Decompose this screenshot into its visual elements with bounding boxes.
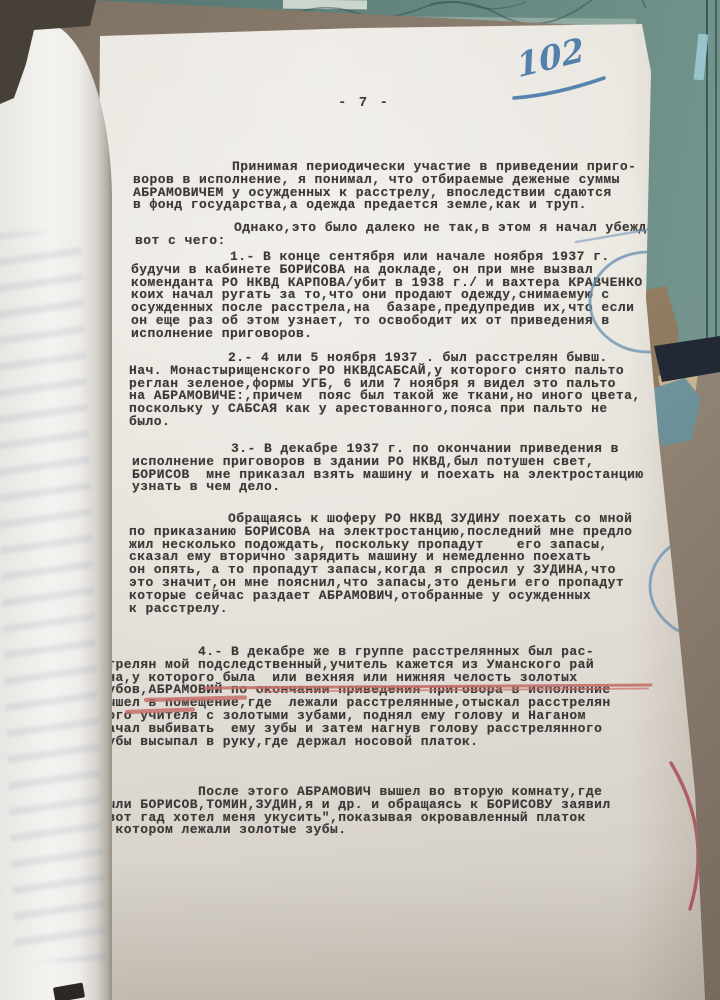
scribble-stroke-2 [430, 2, 526, 9]
handwritten-folio-number: 102 [514, 30, 586, 85]
paragraph-point-2: 2.- 4 или 5 ноября 1937 . был расстрелян… [129, 352, 641, 429]
paragraph-driver: Обращаясь к шоферу РО НКВД ЗУДИНУ поехат… [129, 513, 632, 615]
bleed-through-text [0, 231, 107, 964]
paragraph-intro: Принимая периодически участие в приведен… [133, 161, 636, 212]
paragraph-point-1: 1.- В конце сентября или начале ноября 1… [131, 251, 643, 341]
paragraph-point-4: 4.- В декабре же в группе расстрелянных … [99, 646, 611, 748]
folder-label [283, 0, 367, 9]
paragraph-final: После этого АБРАМОВИЧ вышел во вторую ко… [99, 786, 611, 837]
previous-pages-stack [0, 22, 112, 1000]
paragraph-point-3: 3.- В декабре 1937 г. по окончании приве… [132, 443, 644, 494]
paragraph-however: Однако,это было далеко не так,в этом я н… [135, 222, 688, 248]
folder-spine-seam [706, 0, 717, 340]
page-number: - 7 - [338, 95, 390, 111]
red-margin-arc [671, 763, 698, 909]
photo-stage: - 7 - 102 Принимая периодически участие … [0, 0, 720, 1000]
